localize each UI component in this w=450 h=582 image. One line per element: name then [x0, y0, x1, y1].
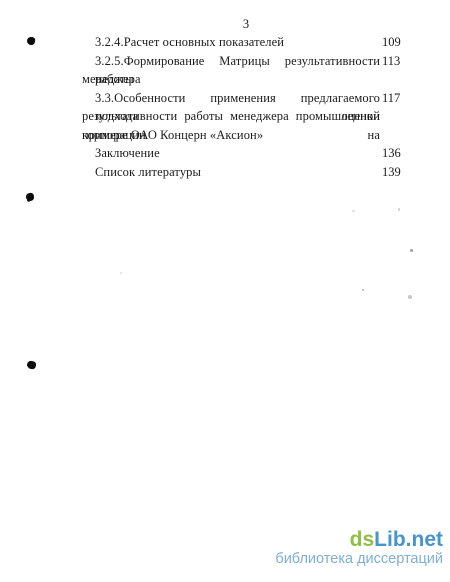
toc-row: 3.2.5.Формирование Матрицы результативно…: [82, 52, 410, 71]
scan-speck: [408, 295, 412, 299]
toc-page-ref: 109: [382, 33, 410, 52]
ink-blot-artifact: [26, 36, 35, 45]
scan-speck: [398, 208, 400, 211]
toc-entry-continuation: примере ОАО Концерн «Аксион»: [82, 126, 380, 145]
toc-entry-continuation: менеджера: [82, 70, 380, 89]
toc-row: Список литературы 139: [82, 163, 410, 182]
toc-page-ref: 136: [382, 144, 410, 163]
toc-row: результативности работы менеджера промыш…: [82, 107, 410, 126]
scan-speck: [352, 210, 355, 212]
toc-page-ref: [382, 107, 410, 126]
dslib-watermark: dsLib.net библиотека диссертаций: [275, 529, 443, 568]
scan-speck: [410, 249, 413, 252]
toc-entry-text: Заключение: [82, 144, 380, 163]
scan-speck: [120, 272, 122, 274]
toc-page-ref: 139: [382, 163, 410, 182]
toc-entry-text: 3.3.Особенности применения предлагаемого…: [82, 89, 380, 108]
scanned-document-page: 3 3.2.4.Расчет основных показателей 109 …: [0, 0, 450, 582]
dslib-logo: dsLib.net: [275, 529, 443, 551]
toc-page-ref: 113: [382, 52, 410, 71]
toc-row: примере ОАО Концерн «Аксион»: [82, 126, 410, 145]
toc-page-ref: 117: [382, 89, 410, 108]
dslib-tagline: библиотека диссертаций: [275, 551, 443, 568]
toc-row: менеджера: [82, 70, 410, 89]
page-number: 3: [82, 17, 410, 32]
table-of-contents: 3.2.4.Расчет основных показателей 109 3.…: [82, 33, 410, 181]
ink-blot-artifact: [25, 192, 34, 201]
logo-suffix: Lib.net: [374, 528, 443, 551]
logo-prefix: ds: [350, 528, 375, 551]
toc-entry-text: Список литературы: [82, 163, 380, 182]
toc-page-ref: [382, 70, 410, 89]
toc-page-ref: [382, 126, 410, 145]
toc-entry-text: 3.2.5.Формирование Матрицы результативно…: [82, 52, 380, 71]
toc-entry-text: 3.2.4.Расчет основных показателей: [82, 33, 380, 52]
toc-row: 3.3.Особенности применения предлагаемого…: [82, 89, 410, 108]
scan-speck: [362, 289, 364, 291]
toc-entry-continuation: результативности работы менеджера промыш…: [82, 107, 380, 126]
ink-blot-artifact: [26, 360, 37, 370]
toc-row: Заключение 136: [82, 144, 410, 163]
toc-row: 3.2.4.Расчет основных показателей 109: [82, 33, 410, 52]
